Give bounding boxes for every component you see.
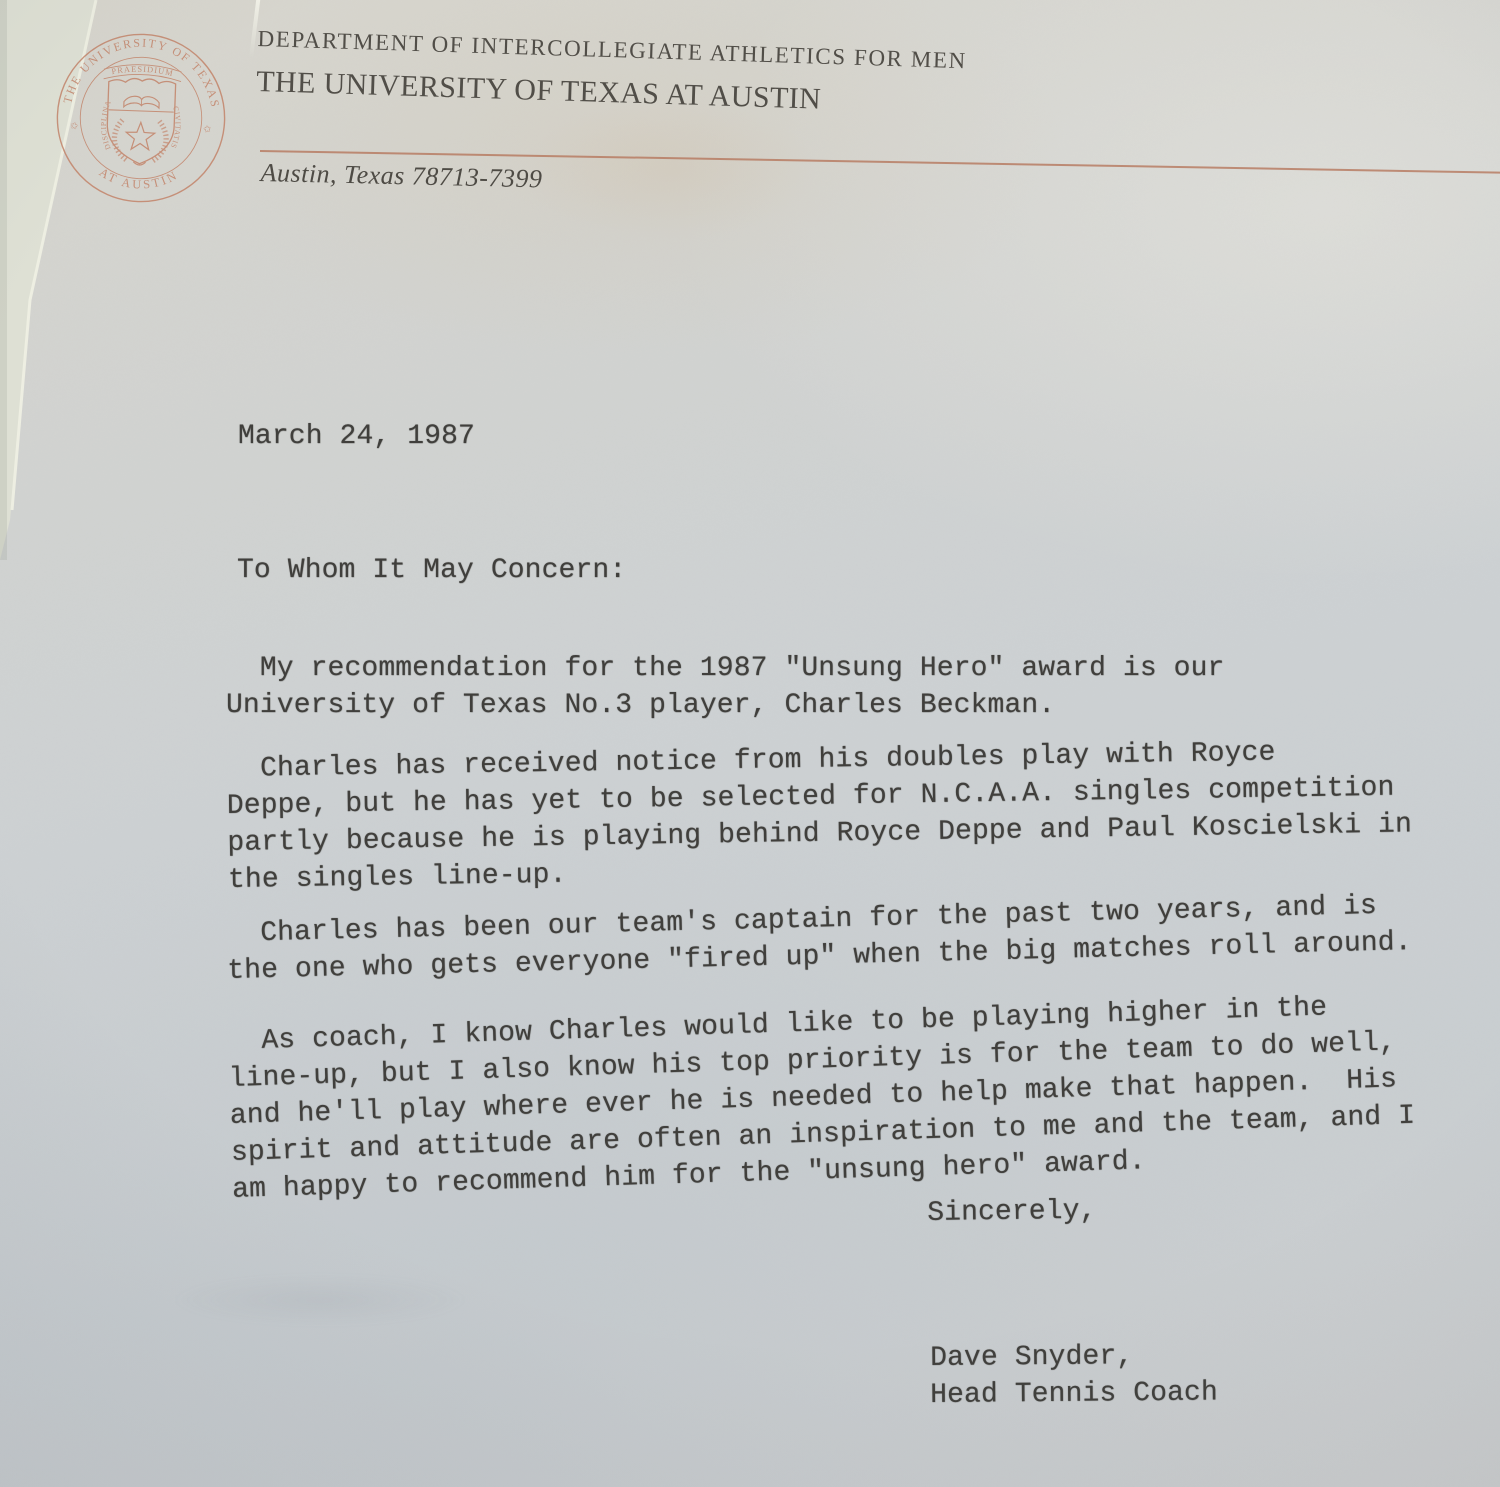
letter-paragraph-2: Charles has received notice from his dou… xyxy=(226,731,1478,899)
ink-bleed-ghost xyxy=(170,1275,470,1325)
letterhead: DEPARTMENT OF INTERCOLLEGIATE ATHLETICS … xyxy=(256,26,967,121)
letterhead-address: Austin, Texas 78713-7399 xyxy=(260,158,542,194)
letter-paragraph-3: Charles has been our team's captain for … xyxy=(226,885,1497,990)
signature-title: Head Tennis Coach xyxy=(930,1374,1218,1414)
letter-paragraph-1: My recommendation for the 1987 "Unsung H… xyxy=(226,650,1476,724)
letterhead-university: THE UNIVERSITY OF TEXAS AT AUSTIN xyxy=(256,65,966,121)
seal-ribbon-disciplina: DISCIPLINA xyxy=(98,99,114,152)
letter-salutation: To Whom It May Concern: xyxy=(237,552,626,589)
scanned-letter-page: THE UNIVERSITY OF TEXAS AT AUSTIN ✩ ✩ PR… xyxy=(0,0,1500,1487)
svg-text:DISCIPLINA: DISCIPLINA xyxy=(98,99,114,152)
signature-name: Dave Snyder, xyxy=(930,1338,1133,1377)
letter-paragraph-4: As coach, I know Charles would like to b… xyxy=(227,984,1500,1209)
paper-stain xyxy=(520,100,820,240)
svg-text:AT AUSTIN: AT AUSTIN xyxy=(96,165,181,193)
seal-star-left-icon: ✩ xyxy=(67,121,80,132)
letter-date: March 24, 1987 xyxy=(238,418,475,455)
svg-text:✩: ✩ xyxy=(67,121,80,132)
seal-star-right-icon: ✩ xyxy=(202,123,214,134)
letter-closing: Sincerely, xyxy=(927,1193,1097,1232)
svg-text:✩: ✩ xyxy=(202,123,214,134)
seal-text-bottom: AT AUSTIN xyxy=(96,165,181,193)
letterhead-department: DEPARTMENT OF INTERCOLLEGIATE ATHLETICS … xyxy=(257,26,967,74)
university-of-texas-seal-icon: THE UNIVERSITY OF TEXAS AT AUSTIN ✩ ✩ PR… xyxy=(50,27,232,209)
